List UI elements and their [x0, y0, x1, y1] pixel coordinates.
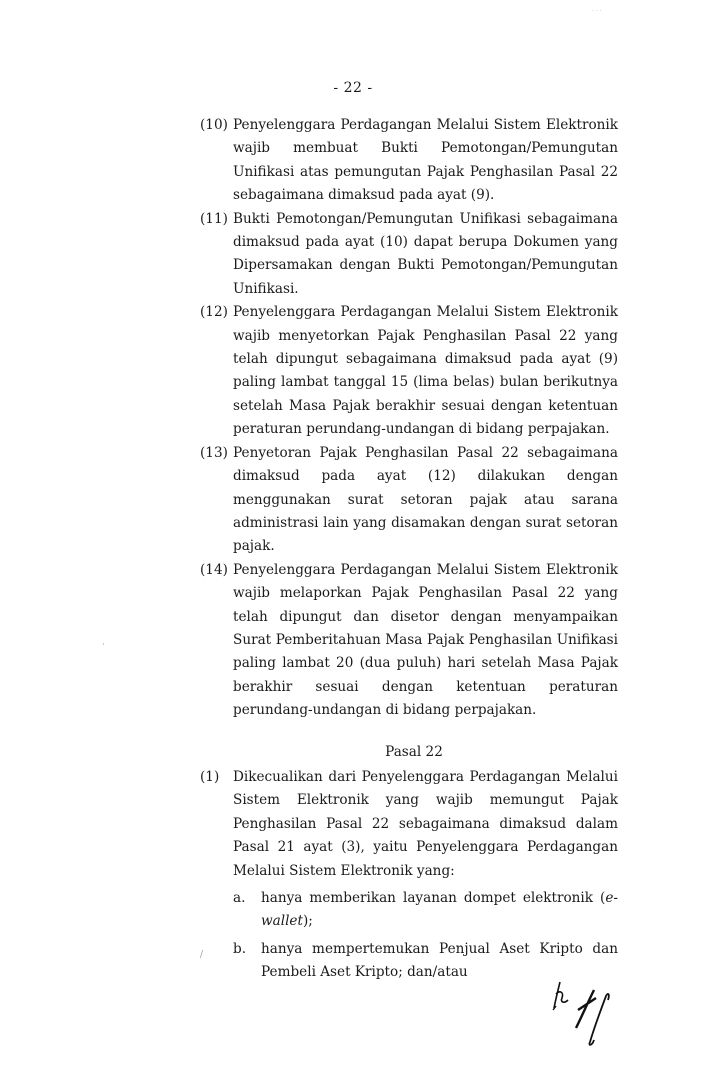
paragraph-10: (10) Penyelenggara Perdagangan Melalui S… — [200, 114, 618, 208]
sub-item-a: a. hanya memberikan layanan dompet elekt… — [233, 887, 618, 934]
sub-item-text-part: hanya memberikan layanan dompet elektron… — [261, 890, 605, 906]
paragraph-12: (12) Penyelenggara Perdagangan Melalui S… — [200, 301, 618, 441]
paragraph-number: (14) — [200, 559, 233, 723]
paragraph-number: (13) — [200, 442, 233, 559]
paragraph-number: (12) — [200, 301, 233, 441]
sub-item-letter: b. — [233, 938, 261, 985]
paragraph-14: (14) Penyelenggara Perdagangan Melalui S… — [200, 559, 618, 723]
sub-item-letter: a. — [233, 887, 261, 934]
page-number: - 22 - — [0, 80, 706, 96]
paragraph-number: (1) — [200, 766, 233, 883]
paragraph-text: Penyelenggara Perdagangan Melalui Sistem… — [233, 114, 618, 208]
signature-initials — [548, 972, 628, 1056]
section-paragraph-1: (1) Dikecualikan dari Penyelenggara Perd… — [200, 766, 618, 883]
paragraph-text: Penyelenggara Perdagangan Melalui Sistem… — [233, 301, 618, 441]
scan-mark: · — [102, 640, 105, 650]
sub-item-text: hanya memberikan layanan dompet elektron… — [261, 887, 618, 934]
scan-speck: · · · — [592, 8, 602, 15]
paragraph-text: Penyelenggara Perdagangan Melalui Sistem… — [233, 559, 618, 723]
sub-item-text-part: ); — [303, 913, 313, 929]
paragraph-text: Bukti Pemotongan/Pemungutan Unifikasi se… — [233, 208, 618, 302]
paragraph-text: Penyetoran Pajak Penghasilan Pasal 22 se… — [233, 442, 618, 559]
paragraph-number: (10) — [200, 114, 233, 208]
paragraph-text: Dikecualikan dari Penyelenggara Perdagan… — [233, 766, 618, 883]
paragraph-number: (11) — [200, 208, 233, 302]
section-heading: Pasal 22 — [200, 741, 618, 764]
paragraph-13: (13) Penyetoran Pajak Penghasilan Pasal … — [200, 442, 618, 559]
document-body: (10) Penyelenggara Perdagangan Melalui S… — [200, 114, 618, 985]
paragraph-11: (11) Bukti Pemotongan/Pemungutan Unifika… — [200, 208, 618, 302]
signature-icon — [548, 972, 628, 1052]
